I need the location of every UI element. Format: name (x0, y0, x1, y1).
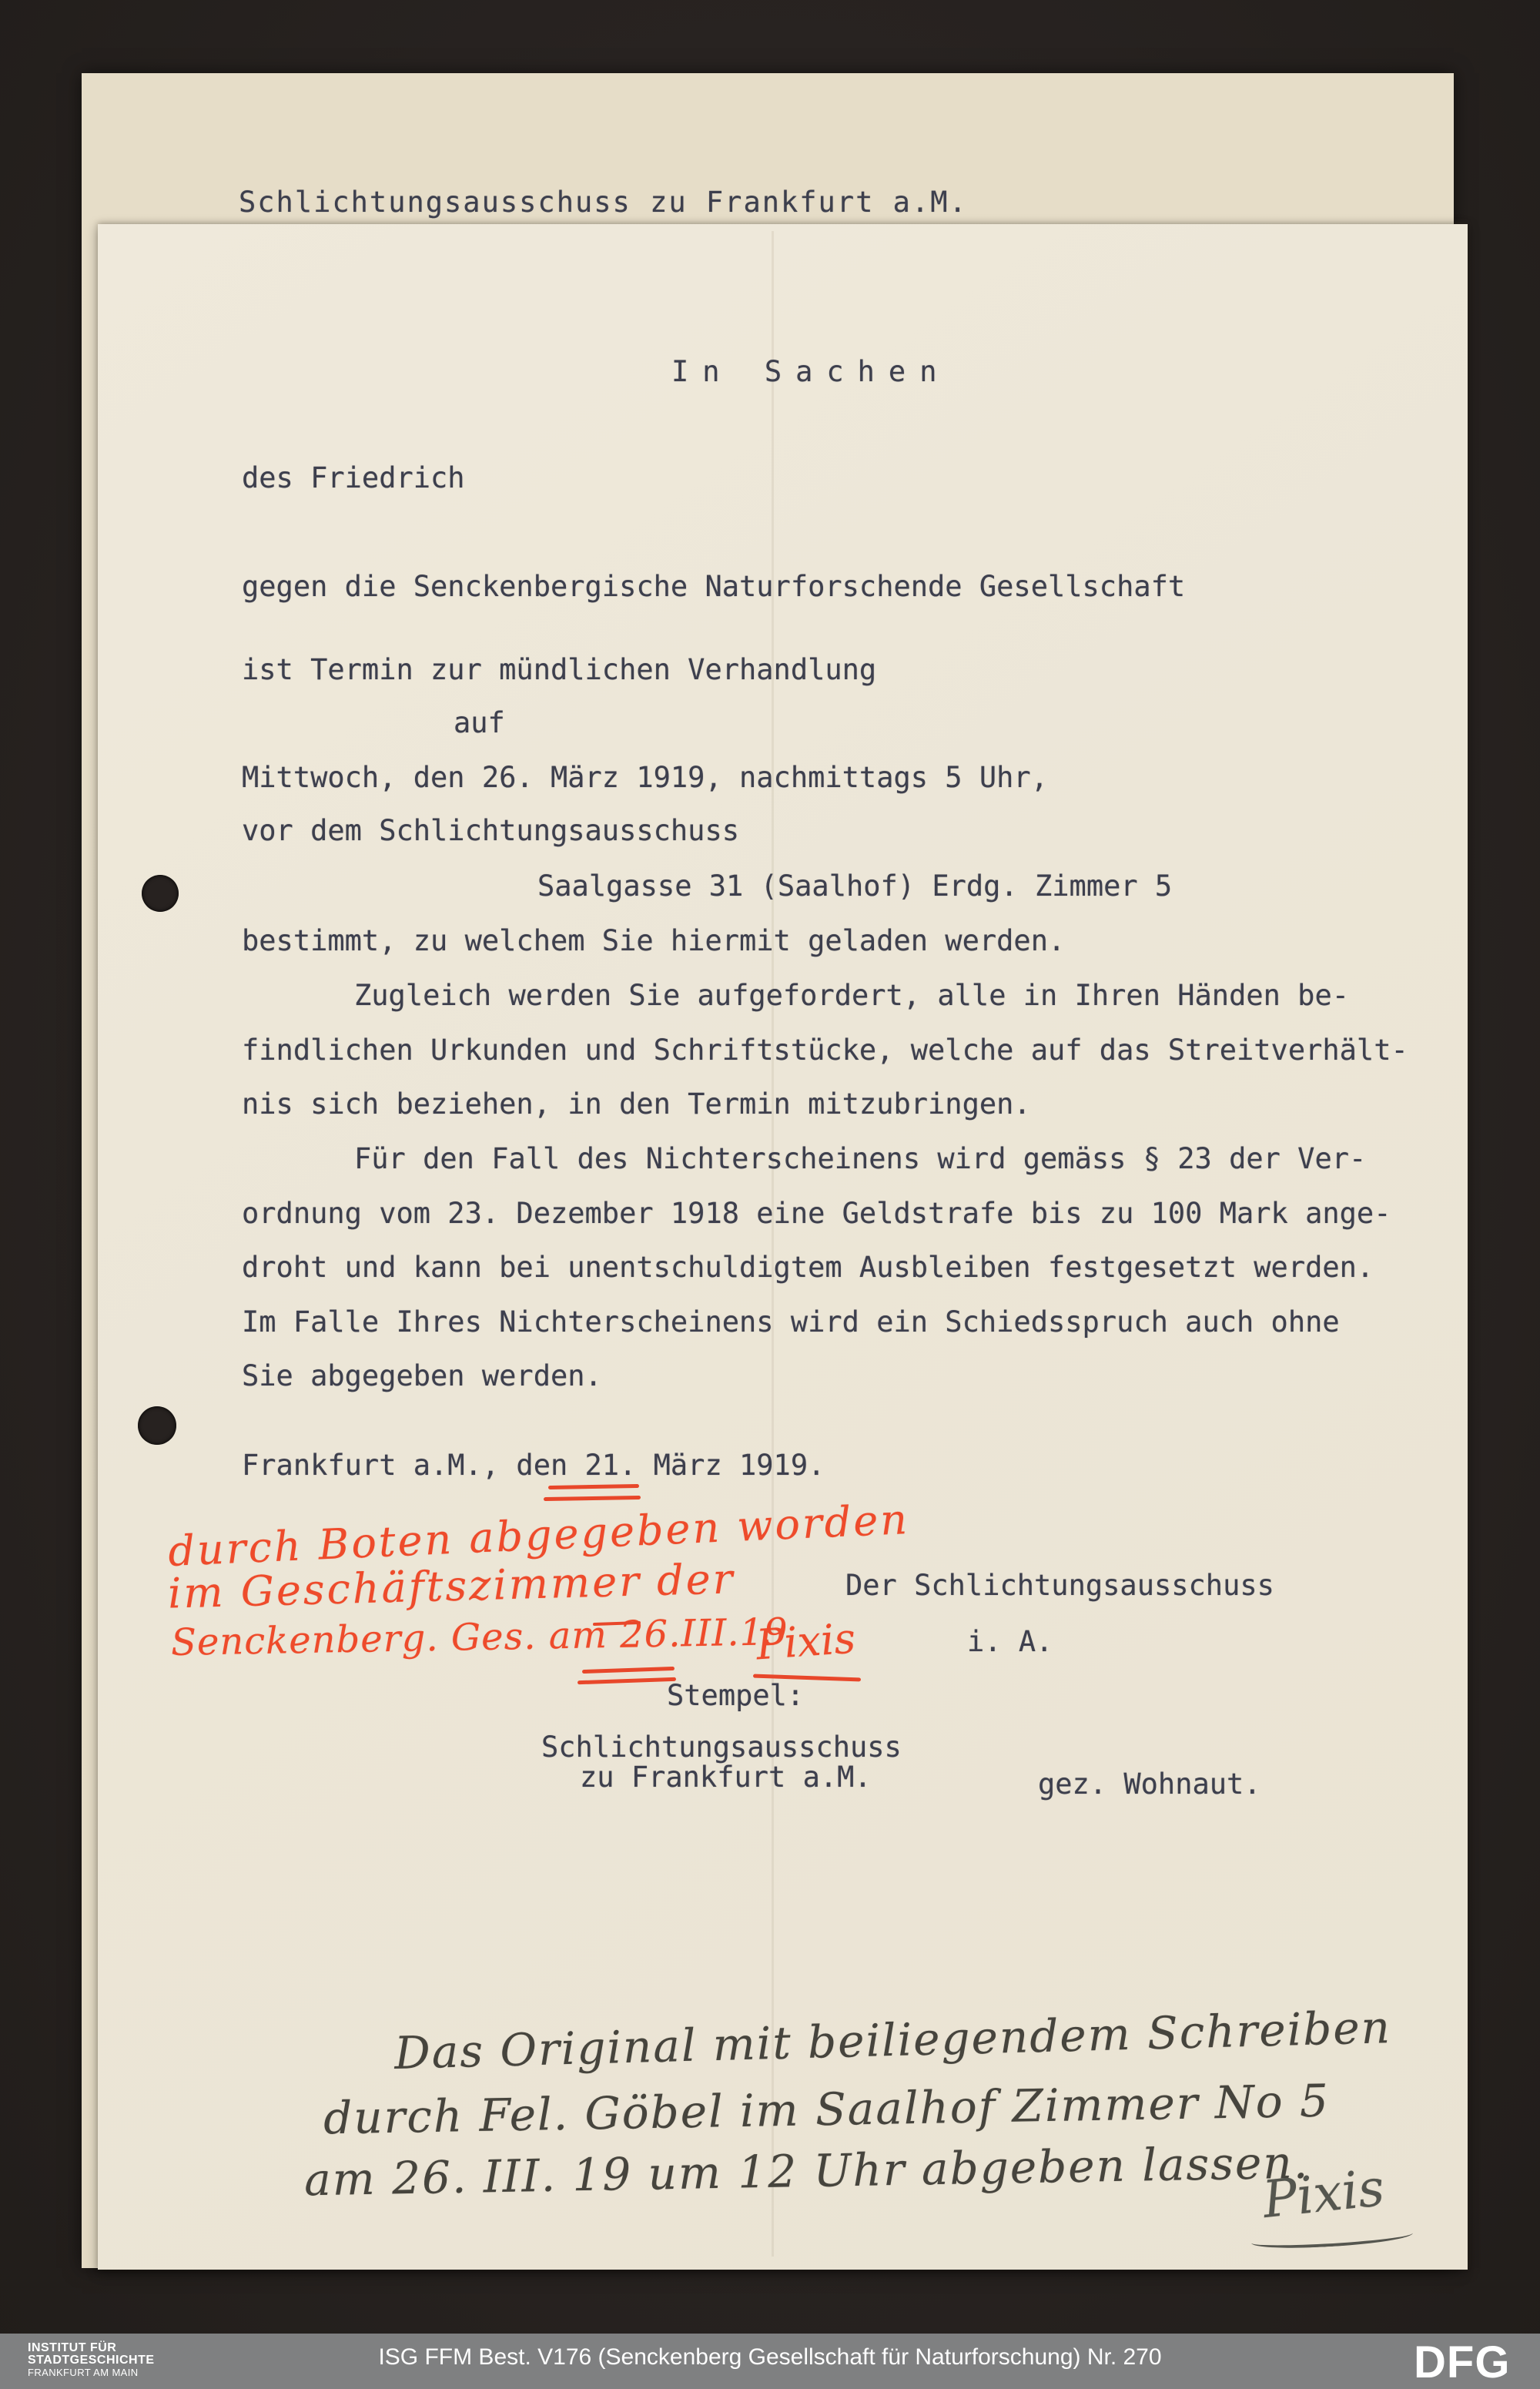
typed-line: bestimmt, zu welchem Sie hiermit geladen… (242, 925, 1065, 958)
hole-punch-top (142, 875, 179, 912)
typed-line-place-date: Frankfurt a.M., den 21. März 1919. (242, 1449, 825, 1483)
stamp-line1: Schlichtungsausschuss (541, 1731, 902, 1764)
typed-line: Sie abgegeben werden. (242, 1360, 602, 1393)
delivery-note-signature: Pixis (1260, 2158, 1387, 2230)
closing-committee: Der Schlichtungsausschuss (845, 1570, 1274, 1603)
letter-heading: Schlichtungsausschuss zu Frankfurt a.M. (239, 186, 968, 219)
closing-signed: gez. Wohnaut. (1038, 1768, 1261, 1801)
typed-line: Im Falle Ihres Nichterscheinens wird ein… (242, 1306, 1340, 1339)
front-sheet-paper (98, 224, 1468, 2270)
stamp-line2: zu Frankfurt a.M. (580, 1761, 872, 1794)
red-note-signature: Pixis (755, 1614, 857, 1670)
typed-line-date-of-hearing: Mittwoch, den 26. März 1919, nachmittags… (242, 762, 1048, 795)
dfg-logo: DFG (1414, 2337, 1510, 2388)
hole-punch-bottom (138, 1406, 176, 1445)
typed-line: Für den Fall des Nichterscheinens wird g… (354, 1143, 1366, 1176)
typed-line-address: Saalgasse 31 (Saalhof) Erdg. Zimmer 5 (537, 870, 1172, 903)
typed-line: vor dem Schlichtungsausschuss (242, 815, 739, 848)
typed-line: droht und kann bei unentschuldigtem Ausb… (242, 1251, 1374, 1285)
typed-line: nis sich beziehen, in den Termin mitzubr… (242, 1088, 1031, 1121)
archive-reference: ISG FFM Best. V176 (Senckenberg Gesellsc… (0, 2344, 1540, 2371)
stamp-label: Stempel: (667, 1680, 804, 1713)
typed-line: findlichen Urkunden und Schriftstücke, w… (242, 1034, 1408, 1067)
paper-fold-crease (772, 231, 774, 2257)
typed-line-defendant: gegen die Senckenbergische Naturforschen… (242, 571, 1185, 604)
closing-per-procura: i. A. (967, 1626, 1053, 1659)
typed-line: ist Termin zur mündlichen Verhandlung (242, 654, 876, 687)
typed-line: ordnung vom 23. Dezember 1918 eine Gelds… (242, 1198, 1391, 1231)
typed-line-plaintiff: des Friedrich (242, 462, 465, 495)
typed-line: Zugleich werden Sie aufgefordert, alle i… (354, 980, 1349, 1013)
case-heading: In Sachen (671, 356, 950, 389)
typed-line: auf (454, 707, 505, 740)
